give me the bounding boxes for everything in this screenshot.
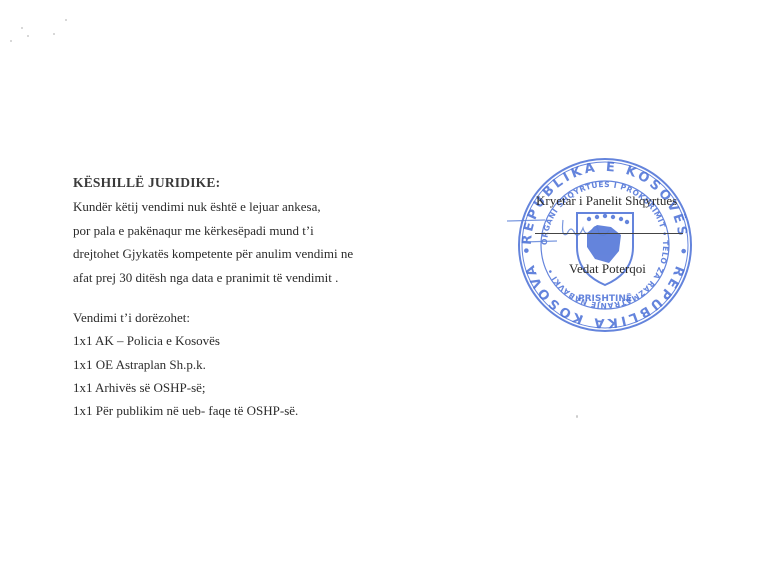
legal-advice-line: por pala e pakënaqur me kërkesëpadi mund… [73,219,413,243]
scan-speck [53,33,55,35]
scan-speck [27,35,29,37]
delivery-recipient: 1x1 Arhivës së OSHP-së; [73,376,413,399]
scan-speck [10,40,12,42]
legal-advice-line: Kundër këtij vendimi nuk është e lejuar … [73,195,413,219]
delivery-heading: Vendimi t’i dorëzohet: [73,306,413,329]
legal-advice-heading: KËSHILLË JURIDIKE: [73,173,413,195]
delivery-recipient: 1x1 Për publikim në ueb- faqe të OSHP-së… [73,399,413,422]
legal-advice-line: drejtohet Gjykatës kompetente për anulim… [73,242,413,266]
legal-advice-line: afat prej 30 ditësh nga data e pranimit … [73,266,413,290]
scan-speck [576,415,578,418]
signature-block: REPUBLIKA E KOSOVËS • REPUBLIKA KOSOVA •… [505,155,715,345]
legal-advice-section: KËSHILLË JURIDIKE: Kundër këtij vendimi … [73,173,413,289]
scan-speck [65,19,67,21]
delivery-recipient: 1x1 AK – Policia e Kosovës [73,329,413,352]
delivery-recipient: 1x1 OE Astraplan Sh.p.k. [73,353,413,376]
signatory-name: Vedat Poterqoi [569,261,646,277]
stamp-city: PRISHTINË [578,293,632,304]
delivery-section: Vendimi t’i dorëzohet: 1x1 AK – Policia … [73,306,413,422]
scan-speck [21,27,23,29]
signature-title: Kryetar i Panelit Shqyrtues [536,193,677,209]
signature-line [535,233,683,234]
handwritten-signature-icon [505,210,635,260]
